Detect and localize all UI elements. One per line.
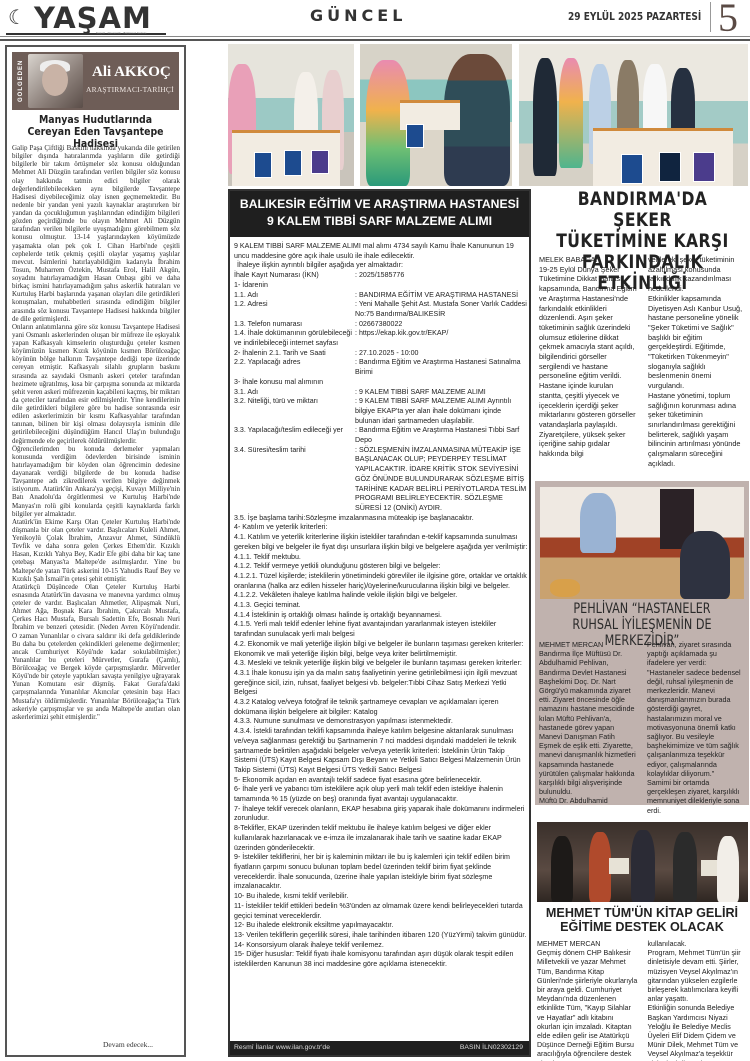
ad-row: 3.1. Adı: 9 KALEM TIBBİ SARF MALZEME ALI…	[234, 388, 528, 398]
ad-clause: 4.1.4 İsteklinin iş ortaklığı olması hal…	[234, 611, 528, 621]
ad-clause: 4.3.3. Numune sunulması ve demonstrasyon…	[234, 717, 528, 727]
press-code: BASIN İLN02302129	[460, 1041, 523, 1055]
ad-clause: 4.1. Katılım ve yeterlik kriterlerine il…	[234, 533, 528, 552]
masthead: ☾ YAŞAM Sosyal · Ekonomik · Bağımsız Gaz…	[0, 0, 750, 38]
ad-row: 3.2. Niteliği, türü ve miktarı: 9 KALEM …	[234, 397, 528, 426]
author-face	[42, 64, 68, 96]
column-body: Galip Paşa Çiftliği Baskını hakkında yuk…	[12, 144, 180, 1039]
ad-row: 1- İdarenin	[234, 281, 528, 291]
ad-clause: 14- Konsorsiyum olarak ihaleye teklif ve…	[234, 941, 528, 951]
ad-clause: 4.1.3. Geçici teminat.	[234, 601, 528, 611]
ad-clause: 9- İstekliler tekliflerini, her bir iş k…	[234, 853, 528, 892]
ad-clause: 4.2. Ekonomik ve mali yeterliğe ilişkin …	[234, 640, 528, 650]
opinion-column: GÖLGEDEN IŞIĞA Ali AKKOÇ ARAŞTIRMACI-TAR…	[5, 45, 186, 1057]
ad-clause: 4.1.1. Teklif mektubu.	[234, 553, 528, 563]
pehlivan-col1: MEHMET MERCAN Bandırma İlçe Müftüsü Dr. …	[539, 640, 637, 802]
book-body: MEHMET MERCAN Geçmiş dönem CHP Balıkesir…	[537, 940, 748, 1060]
ad-footer: Resmî İlanlar www.ilan.gov.tr'de BASIN İ…	[230, 1041, 529, 1055]
divider	[0, 39, 750, 41]
page-number: 5	[718, 0, 738, 41]
ad-intro: 9 KALEM TIBBİ SARF MALZEME ALIMI mal alı…	[234, 242, 528, 261]
ad-clause: 6- İhale yerli ve yabancı tüm istekliler…	[234, 785, 528, 804]
column-series-label: GÖLGEDEN IŞIĞA	[15, 56, 27, 106]
poster	[659, 152, 681, 182]
pehlivan-col2: Pehlivan, ziyaret sırasında yaptığı açık…	[647, 640, 745, 802]
ilan-link[interactable]: Resmî İlanlar www.ilan.gov.tr'de	[234, 1044, 330, 1051]
ad-row: 1.2. Adresi: Yeni Mahalle Şehit Ast. Mus…	[234, 300, 528, 319]
ad-row: 2.2. Yapılacağı adres: Bandırma Eğitim v…	[234, 358, 528, 377]
ad-row: 1.1. Adı: BANDIRMA EĞİTİM VE ARAŞTIRMA H…	[234, 291, 528, 301]
ad-title: BALIKESİR EĞİTİM VE ARAŞTIRMA HASTANESİ …	[230, 191, 529, 237]
poster	[693, 152, 715, 182]
author-role: ARAŞTIRMACI-TARİHÇİ	[86, 85, 174, 94]
ad-row: 3.3. Yapılacağı/teslim edileceği yer: Ba…	[234, 426, 528, 445]
ad-clause: 8-Teklifler, EKAP üzerinden teklif mektu…	[234, 824, 528, 853]
book-headline-line1: MEHMET TÜM'ÜN KİTAP GELİRİ	[535, 906, 749, 920]
person-figure	[580, 493, 616, 553]
poster	[406, 124, 424, 148]
flowers	[550, 579, 580, 597]
ad-row: 3- İhale konusu mal alımının	[234, 378, 528, 388]
poster	[621, 154, 643, 184]
crescent-star-icon: ☾	[8, 5, 26, 29]
ad-title-line1: BALIKESİR EĞİTİM VE ARAŞTIRMA HASTANESİ	[230, 196, 529, 213]
ad-clause: 7- İhaleye teklif verecek olanların, EKA…	[234, 805, 528, 824]
paragraph: Onların anlatımlarına göre söz konusu Ta…	[12, 323, 180, 445]
person-figure	[559, 58, 583, 168]
section-title: GÜNCEL	[310, 6, 406, 25]
pehlivan-body: MEHMET MERCAN Bandırma İlçe Müftüsü Dr. …	[539, 640, 745, 802]
sugar-col2: verilerek, şeker tüketiminin azaltılması…	[648, 255, 747, 475]
ad-clause: 3.5. İşe başlama tarihi:Sözleşme imzalan…	[234, 514, 528, 524]
ad-clause: 4.1.5. Yerli malı teklif edenler lehine …	[234, 620, 528, 639]
event-photo-2[interactable]	[360, 44, 512, 186]
ad-clause: 4.3.4. İstekli tarafından teklifi kapsam…	[234, 727, 528, 776]
meeting-photo[interactable]	[540, 487, 744, 599]
ad-clause: 4.3.1 İhale konusu işin ya da malın satı…	[234, 669, 528, 698]
book-headline[interactable]: MEHMET TÜM'ÜN KİTAP GELİRİ EĞİTİME DESTE…	[535, 906, 749, 934]
ad-title-line2: 9 KALEM TIBBİ SARF MALZEME ALIMI	[230, 213, 529, 230]
ad-row: 1.4. İhale dokümanının görülebileceği ve…	[234, 329, 528, 348]
poster	[284, 150, 302, 176]
person-figure	[680, 531, 730, 599]
book-col2: kullanılacak. Program, Mehmet Tüm'ün şii…	[648, 940, 749, 1060]
ad-intro2: İhaleye ilişkin ayrıntılı bilgiler aşağı…	[234, 261, 528, 271]
book-col1: MEHMET MERCAN Geçmiş dönem CHP Balıkesir…	[537, 940, 638, 1060]
ad-clause: 4.1.2.2. Vekâleten ihaleye katılma halin…	[234, 591, 528, 601]
continued-note: Devam edecek...	[103, 1040, 153, 1049]
ad-clause: 4.3.2 Katalog ve/veya fotoğraf ile tekni…	[234, 698, 528, 717]
ad-clause: 11- İstekliler teklif ettikleri bedelin …	[234, 902, 528, 921]
poster	[311, 150, 329, 174]
sugar-col1: MELEK BABACAN 19-25 Eylül Dünya Şeker Tü…	[539, 255, 638, 475]
ad-clause: 15- Diğer hususlar: Teklif fiyatı ihale …	[234, 950, 528, 969]
official-tender-ad: BALIKESİR EĞİTİM VE ARAŞTIRMA HASTANESİ …	[228, 189, 531, 1057]
paragraph: Öğrencilerimden bu konuda derlemeler yap…	[12, 445, 180, 518]
ad-row: 1.3. Telefon numarası: 02667380022	[234, 320, 528, 330]
ad-clause: 4.3. Mesleki ve teknik yeterliğe ilişkin…	[234, 659, 528, 669]
ad-clause: 12- Bu ihalede elektronik eksiltme yapıl…	[234, 921, 528, 931]
divider	[0, 36, 750, 37]
person-figure	[551, 836, 573, 902]
person-figure	[717, 836, 739, 902]
issue-date: 29 EYLÜL 2025 PAZARTESİ	[568, 10, 701, 23]
paragraph: Atatürkçü Düşüncede Olan Çeteler Kurtulu…	[12, 583, 180, 721]
divider	[710, 2, 711, 32]
person-figure	[631, 830, 655, 902]
ad-row: 2- İhalenin 2.1. Tarih ve Saati: 27.10.2…	[234, 349, 528, 359]
sugar-body: MELEK BABACAN 19-25 Eylül Dünya Şeker Tü…	[539, 255, 747, 475]
event-photo-1[interactable]	[228, 44, 354, 186]
newspaper-logo[interactable]: ☾ YAŞAM Sosyal · Ekonomik · Bağımsız Gaz…	[6, 3, 166, 35]
ad-row: 3.4. Süresi/teslim tarihi: SÖZLEŞMENİN İ…	[234, 446, 528, 514]
ad-row: İhale Kayıt Numarası (İKN): 2025/1585776	[234, 271, 528, 281]
author-photo	[28, 54, 83, 108]
book-headline-line2: EĞİTİME DESTEK OLACAK	[535, 920, 749, 934]
ad-clause: 4- Katılım ve yeterlik kriterleri:	[234, 523, 528, 533]
ad-clause: 5- Ekonomik açıdan en avantajlı teklif s…	[234, 776, 528, 786]
paragraph: Atatürk'ün Ekime Karşı Olan Çeteler Kurt…	[12, 518, 180, 583]
ekap-link[interactable]: : https://ekap.kik.gov.tr/EKAP/	[355, 329, 528, 348]
photo-strip	[228, 44, 748, 186]
person-figure	[673, 832, 697, 902]
logo-tagline: Sosyal · Ekonomik · Bağımsız Gazete	[96, 31, 147, 35]
ad-clause: Ekonomik ve mali yeterliğe ilişkin bilgi…	[234, 650, 528, 660]
ad-clause: 4.1.2. Teklif vermeye yetkili olunduğunu…	[234, 562, 528, 572]
ad-clause: 4.1.2.1. Tüzel kişilerde; isteklilerin y…	[234, 572, 528, 591]
paragraph: Galip Paşa Çiftliği Baskını hakkında yuk…	[12, 144, 180, 323]
poster	[254, 152, 272, 178]
event-photo-3[interactable]	[519, 44, 748, 186]
person-figure	[533, 58, 557, 176]
author-banner: GÖLGEDEN IŞIĞA Ali AKKOÇ ARAŞTIRMACI-TAR…	[12, 52, 179, 110]
person-figure	[589, 832, 611, 902]
author-name: Ali AKKOÇ	[92, 64, 171, 81]
pehlivan-article: PEHLİVAN “HASTANELER RUHSAL İYİLEŞMENİN …	[535, 481, 749, 805]
logo-text: YAŞAM	[34, 1, 152, 35]
ad-clause: 10- Bu ihalede, kısmi teklif verilebilir…	[234, 892, 528, 902]
plaque	[609, 858, 629, 874]
book-event-photo[interactable]	[537, 822, 748, 902]
ad-clause: 13- Verilen tekliflerin geçerlilik süres…	[234, 931, 528, 941]
ad-body: 9 KALEM TIBBİ SARF MALZEME ALIMI mal alı…	[234, 242, 528, 970]
